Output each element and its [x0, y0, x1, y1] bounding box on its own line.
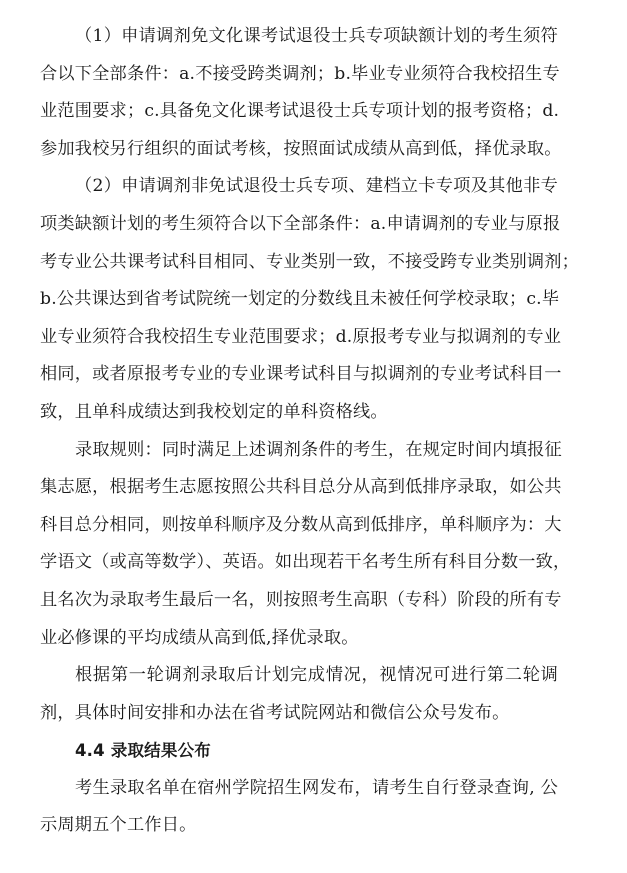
text-line: 考生录取名单在宿州学院招生网发布，请考生自行登录查询, 公	[40, 770, 558, 808]
text-line: 剂，具体时间安排和办法在省考试院网站和微信公众号发布。	[40, 695, 558, 733]
text-line: 根据第一轮调剂录取后计划完成情况，视情况可进行第二轮调	[40, 657, 558, 695]
text-line: 考专业公共课考试科目相同、专业类别一致，不接受跨专业类别调剂；	[40, 244, 558, 282]
document-page: （1）申请调剂免文化课考试退役士兵专项缺额计划的考生须符 合以下全部条件：a.不…	[40, 18, 558, 845]
text-line: 参加我校另行组织的面试考核，按照面试成绩从高到低，择优录取。	[40, 131, 558, 169]
text-line: 相同，或者原报考专业的专业课考试科目与拟调剂的专业考试科目一	[40, 356, 558, 394]
text-line: 学语文（或高等数学）、英语。如出现若干名考生所有科目分数一致，	[40, 544, 558, 582]
paragraph-condition-2: （2）申请调剂非免试退役士兵专项、建档立卡专项及其他非专 项类缺额计划的考生须符…	[40, 168, 558, 431]
paragraph-admission-rules: 录取规则：同时满足上述调剂条件的考生，在规定时间内填报征 集志愿，根据考生志愿按…	[40, 432, 558, 658]
text-line: 录取规则：同时满足上述调剂条件的考生，在规定时间内填报征	[40, 432, 558, 470]
text-line: 致，且单科成绩达到我校划定的单科资格线。	[40, 394, 558, 432]
text-line: （2）申请调剂非免试退役士兵专项、建档立卡专项及其他非专	[40, 168, 558, 206]
text-line: 项类缺额计划的考生须符合以下全部条件：a.申请调剂的专业与原报	[40, 206, 558, 244]
paragraph-condition-1: （1）申请调剂免文化课考试退役士兵专项缺额计划的考生须符 合以下全部条件：a.不…	[40, 18, 558, 168]
text-line: 合以下全部条件：a.不接受跨类调剂；b.毕业专业须符合我校招生专	[40, 56, 558, 94]
paragraph-results-publication: 考生录取名单在宿州学院招生网发布，请考生自行登录查询, 公 示周期五个工作日。	[40, 770, 558, 845]
text-line: （1）申请调剂免文化课考试退役士兵专项缺额计划的考生须符	[40, 18, 558, 56]
text-line: 业专业须符合我校招生专业范围要求；d.原报考专业与拟调剂的专业	[40, 319, 558, 357]
paragraph-second-round: 根据第一轮调剂录取后计划完成情况，视情况可进行第二轮调 剂，具体时间安排和办法在…	[40, 657, 558, 732]
text-line: 集志愿，根据考生志愿按照公共科目总分从高到低排序录取，如公共	[40, 469, 558, 507]
text-line: 业范围要求；c.具备免文化课考试退役士兵专项计划的报考资格；d.	[40, 93, 558, 131]
text-line: 示周期五个工作日。	[40, 807, 558, 845]
text-line: b.公共课达到省考试院统一划定的分数线且未被任何学校录取；c.毕	[40, 281, 558, 319]
text-line: 且名次为录取考生最后一名，则按照考生高职（专科）阶段的所有专	[40, 582, 558, 620]
section-heading: 4.4 录取结果公布	[40, 732, 558, 770]
text-line: 业必修课的平均成绩从高到低,择优录取。	[40, 620, 558, 658]
text-line: 科目总分相同，则按单科顺序及分数从高到低排序，单科顺序为：大	[40, 507, 558, 545]
